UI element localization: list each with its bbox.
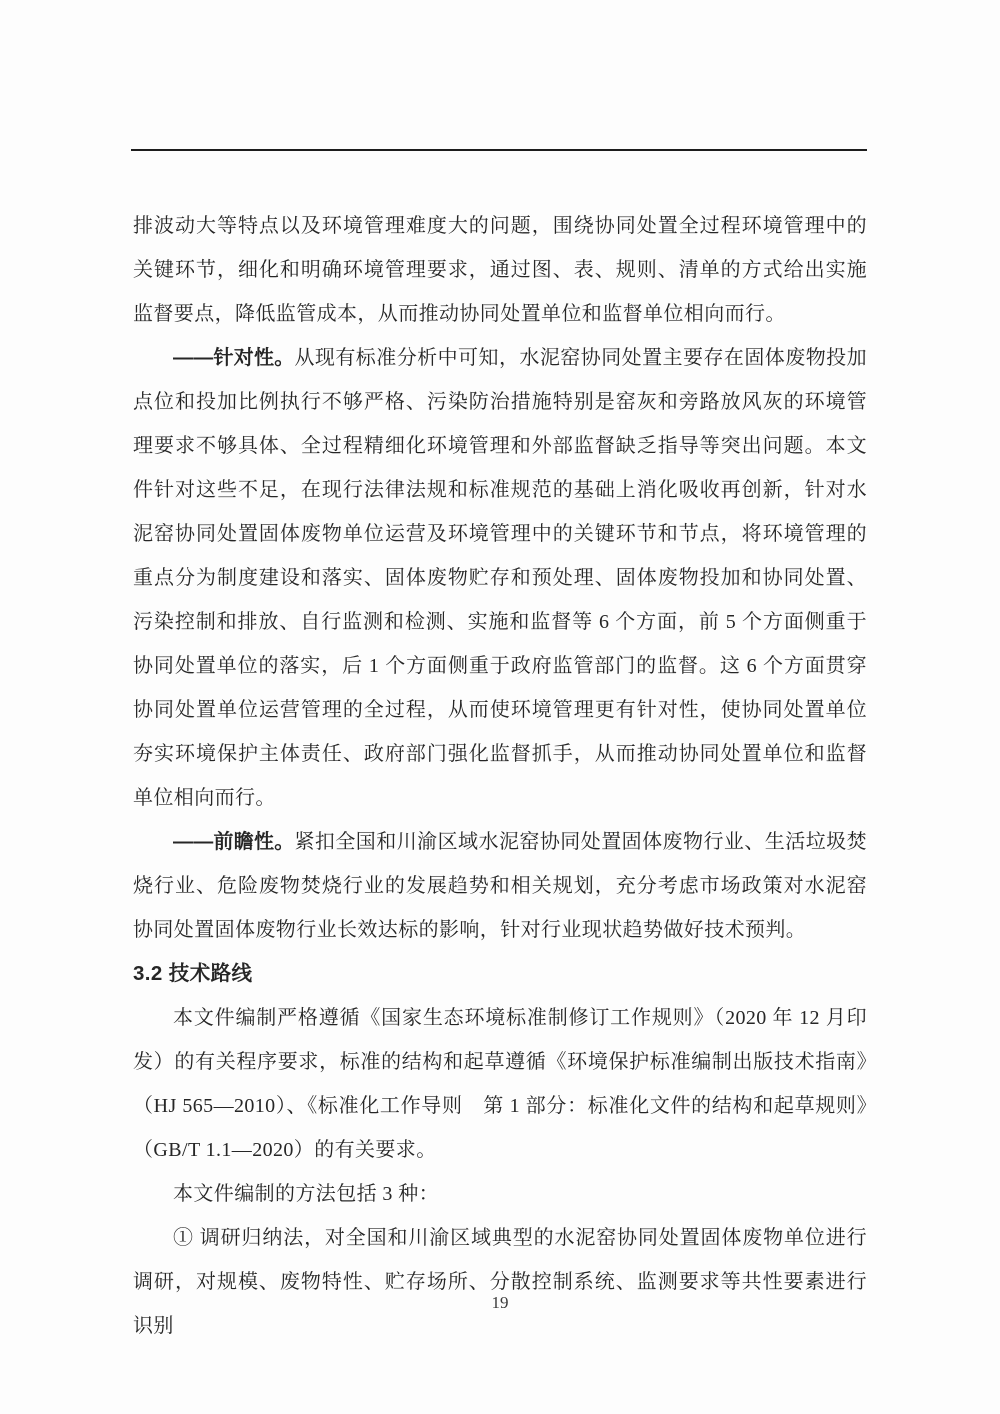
paragraph-methods-intro: 本文件编制的方法包括 3 种： xyxy=(133,1172,867,1216)
document-page: 排波动大等特点以及环境管理难度大的问题，围绕协同处置全过程环境管理中的关键环节，… xyxy=(0,0,1000,1414)
page-footer: 19 xyxy=(0,1293,1000,1313)
paragraph-continuation: 排波动大等特点以及环境管理难度大的问题，围绕协同处置全过程环境管理中的关键环节，… xyxy=(133,204,867,336)
paragraph-rules: 本文件编制严格遵循《国家生态环境标准制修订工作规则》（2020 年 12 月印发… xyxy=(133,996,867,1172)
page-content: 排波动大等特点以及环境管理难度大的问题，围绕协同处置全过程环境管理中的关键环节，… xyxy=(133,204,867,1348)
page-number: 19 xyxy=(492,1293,509,1312)
paragraph-forward: ——前瞻性。紧扣全国和川渝区域水泥窑协同处置固体废物行业、生活垃圾焚烧行业、危险… xyxy=(133,820,867,952)
section-heading-3-2: 3.2 技术路线 xyxy=(133,952,867,996)
paragraph-targeted-body: 从现有标准分析中可知，水泥窑协同处置主要存在固体废物投加点位和投加比例执行不够严… xyxy=(133,347,867,809)
header-rule xyxy=(131,149,867,151)
paragraph-method-1: ① 调研归纳法，对全国和川渝区域典型的水泥窑协同处置固体废物单位进行调研，对规模… xyxy=(133,1216,867,1348)
paragraph-targeted-lead: ——针对性。 xyxy=(173,347,294,369)
paragraph-forward-lead: ——前瞻性。 xyxy=(173,831,294,853)
paragraph-targeted: ——针对性。从现有标准分析中可知，水泥窑协同处置主要存在固体废物投加点位和投加比… xyxy=(133,336,867,820)
